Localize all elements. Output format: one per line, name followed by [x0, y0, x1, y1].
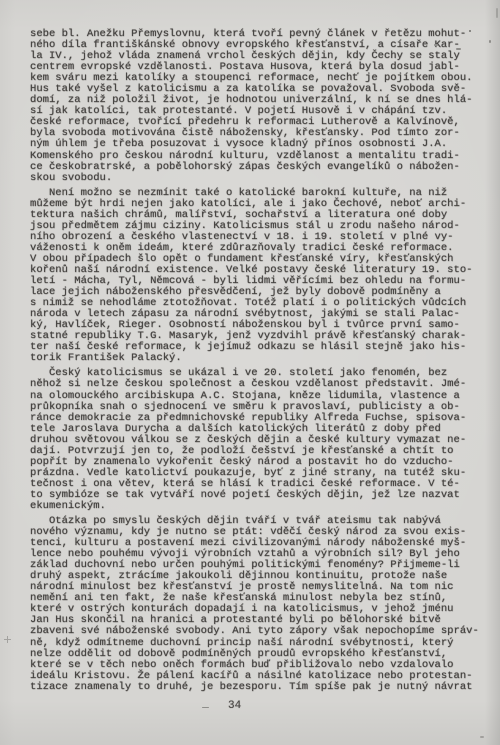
scanned-page: sebe bl. Anežku Přemyslovnu, která tvoří… [0, 0, 500, 745]
page-text: sebe bl. Anežku Přemyslovnu, která tvoří… [30, 29, 482, 693]
paragraph: Otázka po smyslu českých dějin tváří v t… [30, 516, 482, 693]
paragraph: Český katolicismus se ukázal i ve 20. st… [30, 368, 482, 512]
scan-speckle [489, 40, 491, 43]
paragraph: sebe bl. Anežku Přemyslovnu, která tvoří… [30, 29, 482, 184]
paragraph: Není možno se nezmínit také o katolické … [30, 188, 482, 365]
scan-speckle [480, 736, 484, 738]
scan-plus-mark [4, 636, 11, 643]
scan-speckle [434, 44, 438, 46]
scan-edge-mark [496, 8, 498, 18]
scan-speckle [456, 48, 461, 50]
scan-speckle [469, 30, 471, 32]
page-number: 34 [228, 700, 241, 712]
scan-dash-mark [202, 707, 209, 708]
